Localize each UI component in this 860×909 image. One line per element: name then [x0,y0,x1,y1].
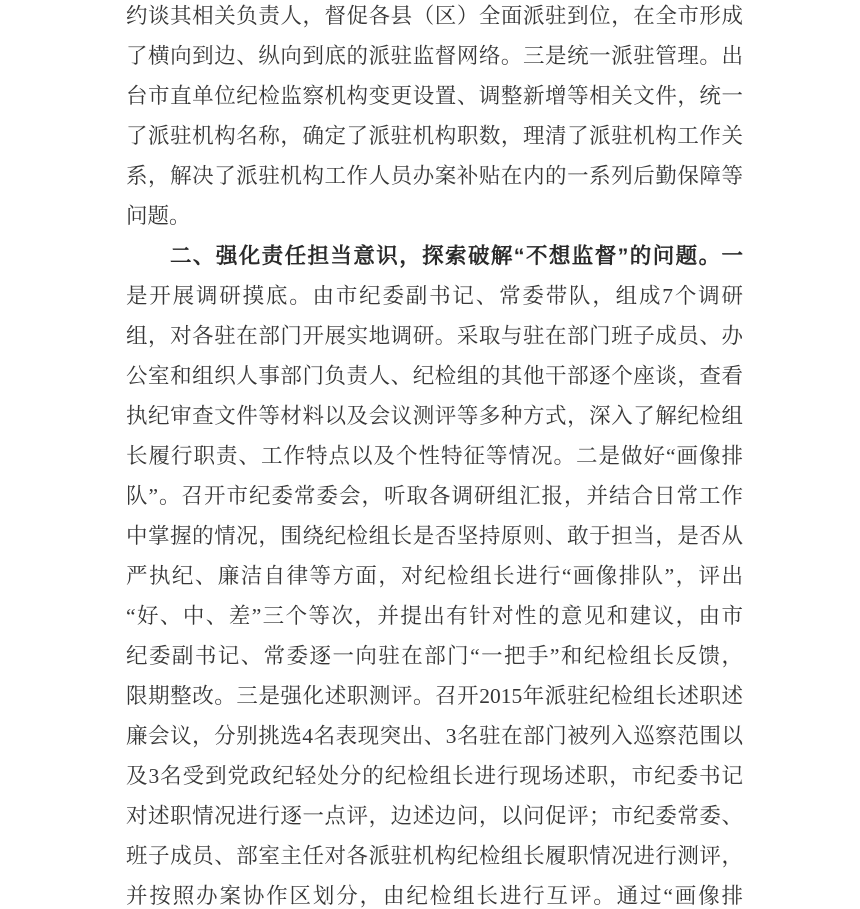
text-line: 了横向到边、纵向到底的派驻监督网络。三是统一派驻管理。出 [126,36,743,76]
text-line: 纪委副书记、常委逐一向驻在部门“一把手”和纪检组长反馈， [126,636,743,676]
text-line: 并按照办案协作区划分，由纪检组长进行互评。通过“画像排 [126,876,743,909]
paragraph: 二、强化责任担当意识，探索破解“不想监督”的问题。一 是开展调研摸底。由市纪委副… [126,236,743,909]
text-line: 台市直单位纪检监察机构变更设置、调整新增等相关文件，统一 [126,76,743,116]
text-line: 是开展调研摸底。由市纪委副书记、常委带队，组成7个调研 [126,276,743,316]
text-line: 对述职情况进行逐一点评，边述边问，以问促评；市纪委常委、 [126,796,743,836]
text-line: “好、中、差”三个等次，并提出有针对性的意见和建议，由市 [126,596,743,636]
text-line: 严执纪、廉洁自律等方面，对纪检组长进行“画像排队”，评出 [126,556,743,596]
text-line: 了派驻机构名称，确定了派驻机构职数，理清了派驻机构工作关 [126,116,743,156]
text-line: 限期整改。三是强化述职测评。召开2015年派驻纪检组长述职述 [126,676,743,716]
text-line: 班子成员、部室主任对各派驻机构纪检组长履职情况进行测评， [126,836,743,876]
text-line: 公室和组织人事部门负责人、纪检组的其他干部逐个座谈，查看 [126,356,743,396]
section-heading: 二、强化责任担当意识，探索破解“不想监督”的问题。一 [126,236,743,276]
text-line: 问题。 [126,196,743,236]
text-line: 队”。召开市纪委常委会，听取各调研组汇报，并结合日常工作 [126,476,743,516]
document-page: 约谈其相关负责人，督促各县（区）全面派驻到位，在全市形成 了横向到边、纵向到底的… [0,0,860,909]
paragraph: 约谈其相关负责人，督促各县（区）全面派驻到位，在全市形成 了横向到边、纵向到底的… [126,0,743,236]
text-line: 廉会议，分别挑选4名表现突出、3名驻在部门被列入巡察范围以 [126,716,743,756]
text-line: 中掌握的情况，围绕纪检组长是否坚持原则、敢于担当，是否从 [126,516,743,556]
text-line: 及3名受到党政纪轻处分的纪检组长进行现场述职，市纪委书记 [126,756,743,796]
text-line: 组，对各驻在部门开展实地调研。采取与驻在部门班子成员、办 [126,316,743,356]
text-line: 执纪审查文件等材料以及会议测评等多种方式，深入了解纪检组 [126,396,743,436]
text-block: 约谈其相关负责人，督促各县（区）全面派驻到位，在全市形成 了横向到边、纵向到底的… [126,0,743,909]
text-line: 系，解决了派驻机构工作人员办案补贴在内的一系列后勤保障等 [126,156,743,196]
text-line: 约谈其相关负责人，督促各县（区）全面派驻到位，在全市形成 [126,0,743,36]
text-line: 长履行职责、工作特点以及个性特征等情况。二是做好“画像排 [126,436,743,476]
